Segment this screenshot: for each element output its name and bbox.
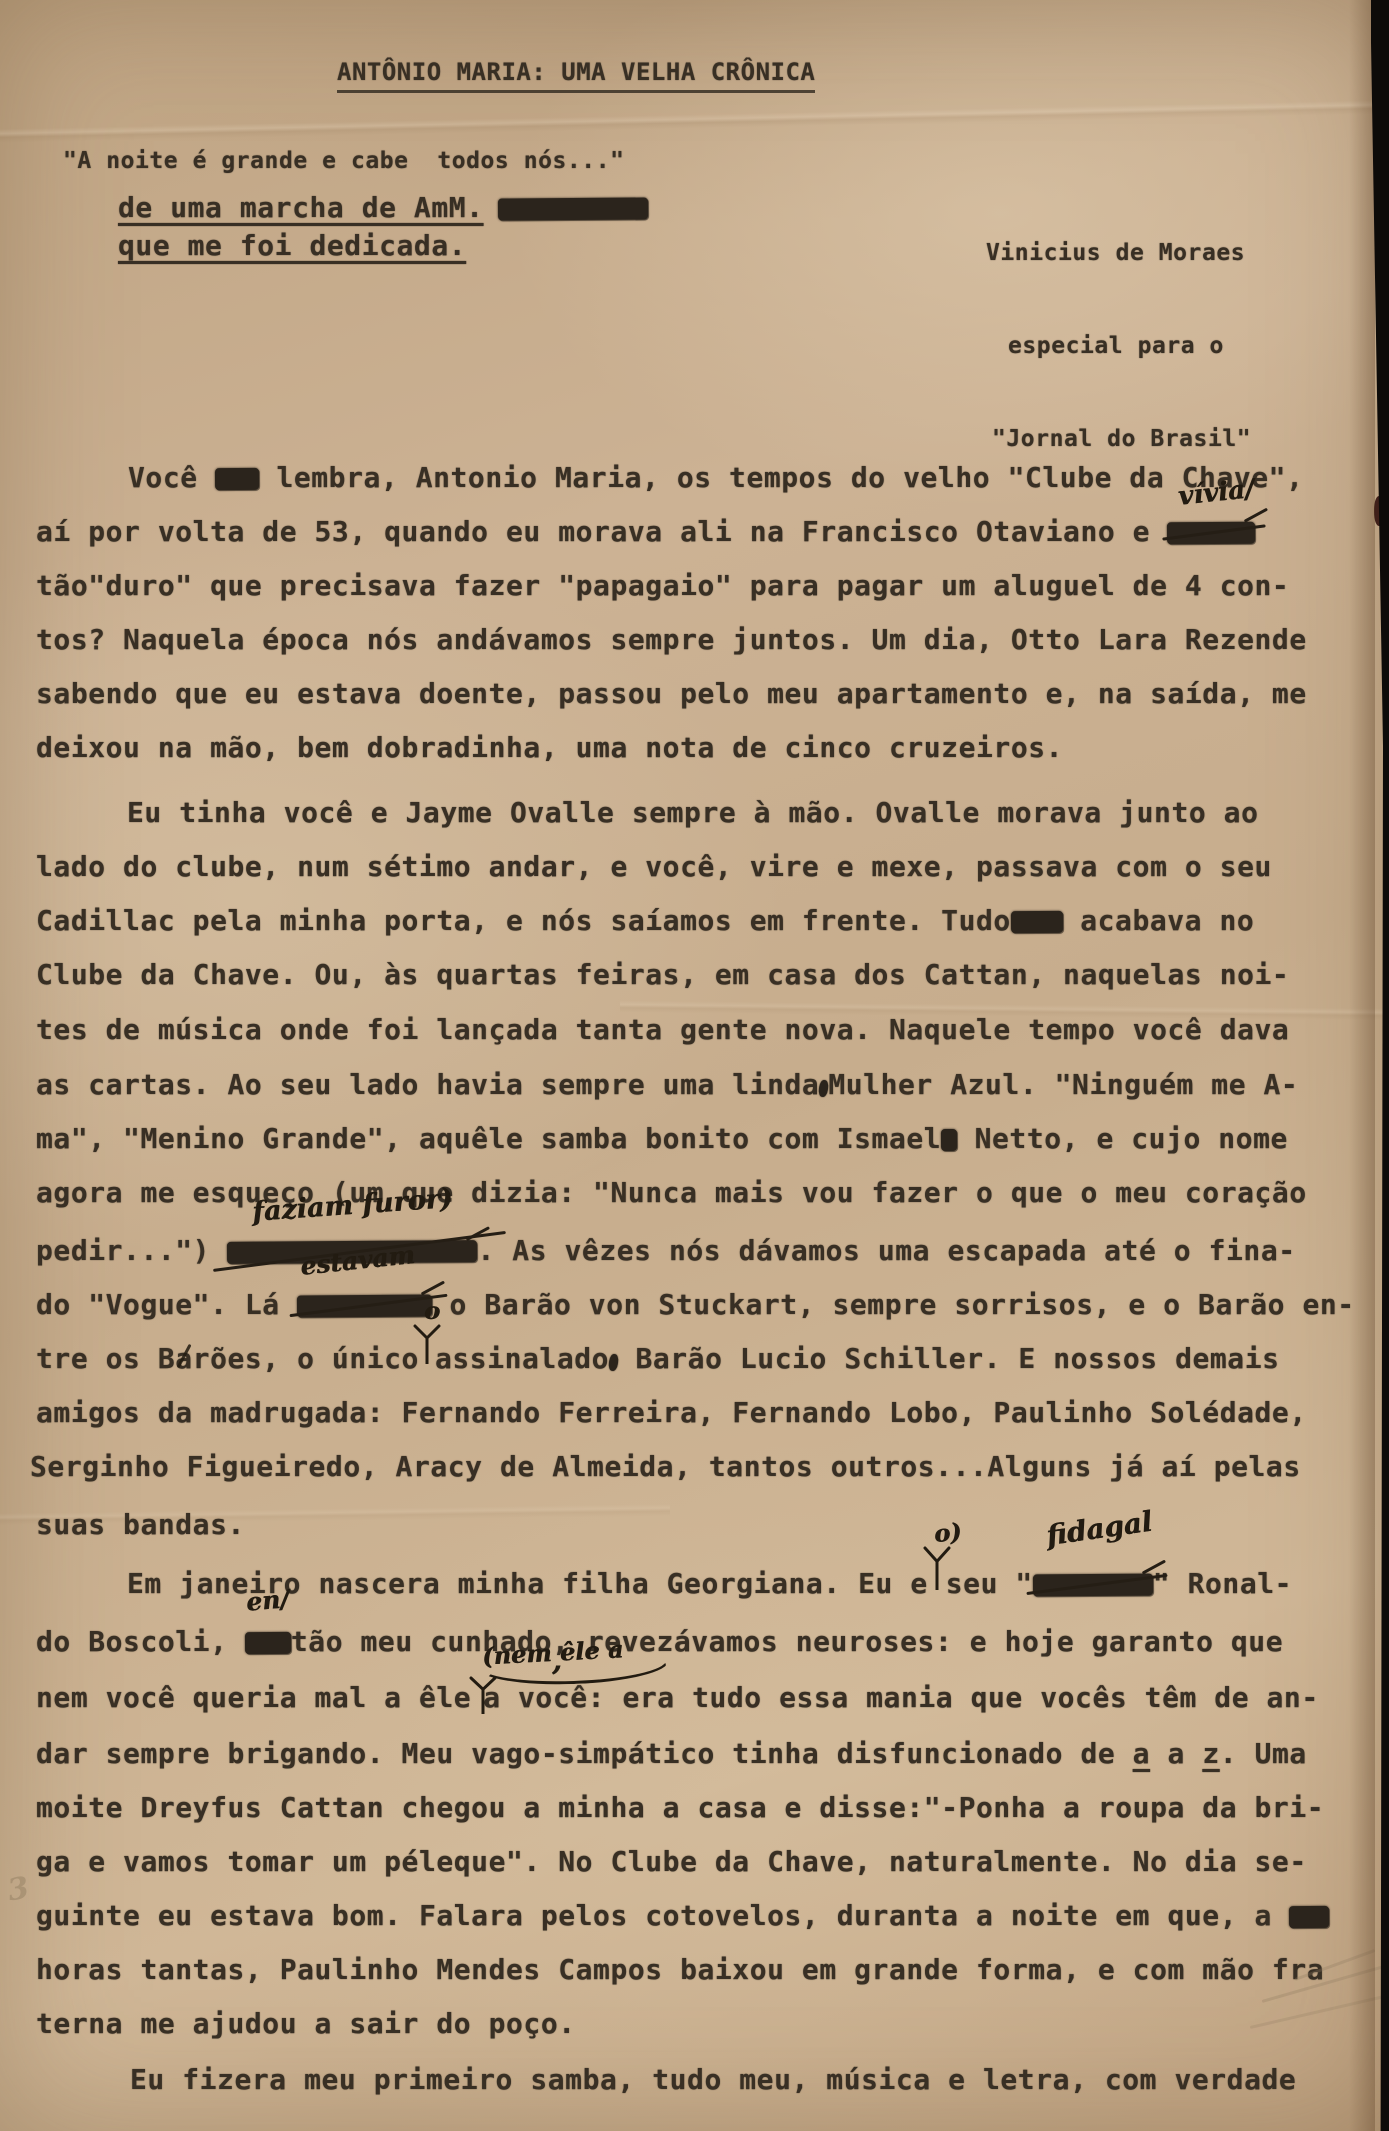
typed-text: guinte eu estava bom. Falara pelos cotov… (36, 1899, 1289, 1932)
typed-text: Netto, e cujo nome (957, 1122, 1288, 1155)
typed-text: a você: era tudo essa mania que vocês tê… (483, 1681, 1319, 1714)
typed-line: tes de música onde foi lançada tanta gen… (36, 1016, 1289, 1044)
strikeout-blot (941, 1129, 957, 1151)
strikeout-blot (497, 197, 647, 220)
strikeout-blot (1011, 911, 1063, 933)
typed-text: aí por volta de 53, quando eu morava ali… (36, 515, 1167, 548)
typed-line: Eu tinha você e Jayme Ovalle sempre à mã… (127, 799, 1258, 827)
handwritten-note: o (424, 1296, 440, 1325)
typed-line: horas tantas, Paulinho Mendes Campos bai… (36, 1956, 1324, 1984)
typed-text: lembra, Antonio Maria, os tempos do velh… (259, 461, 1303, 494)
typed-line: tos? Naquela época nós andávamos sempre … (36, 626, 1307, 654)
handwritten-note: o) (933, 1517, 963, 1548)
typed-line: tre os Barões, o únicoassinalado Barão L… (36, 1345, 1280, 1373)
typed-text: amigos da madrugada: Fernando Ferreira, … (36, 1396, 1307, 1429)
typed-line: amigos da madrugada: Fernando Ferreira, … (36, 1399, 1307, 1427)
typed-text: sabendo que eu estava doente, passou pel… (36, 677, 1307, 710)
typed-line: nem você queria mal a êlea você: era tud… (36, 1684, 1319, 1712)
typed-line: ga e vamos tomar um péleque". No Clube d… (36, 1848, 1307, 1876)
typed-line: Eu fizera meu primeiro samba, tudo meu, … (130, 2066, 1296, 2094)
typed-text: " Ronal- (1153, 1567, 1292, 1600)
typed-line: lado do clube, num sétimo andar, e você,… (36, 853, 1272, 881)
typed-line: deixou na mão, bem dobradinha, uma nota … (36, 734, 1063, 762)
typed-text: "A noite é grande e cabe todos nós..." (63, 148, 625, 174)
strikeout-blot (297, 1295, 432, 1318)
typed-text: do Boscoli, (36, 1625, 245, 1658)
typed-text: horas tantas, Paulinho Mendes Campos bai… (36, 1953, 1324, 1986)
typed-line: as cartas. Ao seu lado havia sempre uma … (36, 1071, 1298, 1099)
epigraph-line: de uma marcha de AmM. (118, 194, 648, 222)
paper-edge-shadow (1349, 0, 1375, 2131)
typed-line: dar sempre brigando. Meu vago-simpático … (36, 1740, 1307, 1768)
underlined-text: a (1133, 1737, 1150, 1770)
typed-line: ma", "Menino Grande", aquêle samba bonit… (36, 1125, 1288, 1153)
typed-line: Serginho Figueiredo, Aracy de Almeida, t… (30, 1453, 1301, 1481)
underlined-text: que me foi dedicada. (118, 229, 466, 262)
typed-line: sabendo que eu estava doente, passou pel… (36, 680, 1307, 708)
typed-text: acabava no (1063, 904, 1254, 937)
typed-text: . Uma (1220, 1737, 1307, 1770)
typed-text: Cadillac pela minha porta, e nós saíamos… (36, 904, 1011, 937)
typed-text: ma", "Menino Grande", aquêle samba bonit… (36, 1122, 941, 1155)
typed-text: ga e vamos tomar um péleque". No Clube d… (36, 1845, 1307, 1878)
typed-text: agora me esqueço (um que dizia: "Nunca m… (36, 1176, 1307, 1209)
strikeout-blot (1289, 1906, 1329, 1928)
typed-text: Você (128, 461, 215, 494)
handwritten-note: fidagal (1044, 1505, 1154, 1552)
typed-line: do Boscoli, tão meu cunhado, revezávamos… (36, 1628, 1283, 1656)
epigraph-line: "A noite é grande e cabe todos nós..." (63, 150, 625, 173)
insertion-caret (922, 1546, 952, 1590)
underlined-text: de uma marcha de AmM. (118, 191, 484, 224)
typed-line: aí por volta de 53, quando eu morava ali… (36, 518, 1255, 546)
typed-line: moite Dreyfus Cattan chegou a minha a ca… (36, 1794, 1324, 1822)
typed-text: suas bandas. (36, 1508, 245, 1541)
typed-text: . As vêzes nós dávamos uma escapada até … (477, 1234, 1295, 1267)
epigraph-line: que me foi dedicada. (118, 232, 466, 260)
typed-text: moite Dreyfus Cattan chegou a minha a ca… (36, 1791, 1324, 1824)
typed-text: Serginho Figueiredo, Aracy de Almeida, t… (30, 1450, 1301, 1483)
typed-text: lado do clube, num sétimo andar, e você,… (36, 850, 1272, 883)
typed-text: assinalado (435, 1342, 609, 1375)
typed-text: seu " (946, 1567, 1033, 1600)
typed-line: Cadillac pela minha porta, e nós saíamos… (36, 907, 1254, 935)
typed-line: Você lembra, Antonio Maria, os tempos do… (128, 464, 1304, 492)
typed-text: tão meu cunhado, revezávamos neuroses: e… (291, 1625, 1283, 1658)
typed-text: tos? Naquela época nós andávamos sempre … (36, 623, 1307, 656)
typed-line: suas bandas. (36, 1511, 245, 1539)
document-page: ANTÔNIO MARIA: UMA VELHA CRÔNICA Viniciu… (0, 0, 1389, 2131)
strikeout-blot (1167, 522, 1255, 545)
pencil-note: 3 (5, 1870, 32, 1908)
typed-text: tes de música onde foi lançada tanta gen… (36, 1013, 1289, 1046)
insertion-caret (468, 1676, 498, 1714)
byline-author: Vinicius de Moraes (986, 238, 1251, 269)
typed-text: Eu fizera meu primeiro samba, tudo meu, … (130, 2063, 1296, 2096)
typed-line: guinte eu estava bom. Falara pelos cotov… (36, 1902, 1329, 1930)
typed-line: pedir...") . As vêzes nós dávamos uma es… (36, 1237, 1296, 1265)
strikeout-blot (245, 1632, 291, 1654)
underlined-text: z (1202, 1737, 1219, 1770)
typed-text: Eu tinha você e Jayme Ovalle sempre à mã… (127, 796, 1258, 829)
typed-text: Barão Lucio Schiller. E nossos demais (618, 1342, 1279, 1375)
handwritten-note: en/ (245, 1584, 291, 1617)
strikeout-blot (215, 468, 259, 490)
typed-text: Clube da Chave. Ou, às quartas feiras, e… (36, 958, 1289, 991)
page-title: ANTÔNIO MARIA: UMA VELHA CRÔNICA (337, 58, 815, 93)
typed-text: Mulher Azul. "Ninguém me A- (828, 1068, 1298, 1101)
typed-line: Clube da Chave. Ou, às quartas feiras, e… (36, 961, 1289, 989)
typed-text: tão"duro" que precisava fazer "papagaio"… (36, 569, 1289, 602)
typed-text: nem você queria mal a êle (36, 1681, 471, 1714)
typed-line: agora me esqueço (um que dizia: "Nunca m… (36, 1179, 1307, 1207)
typed-text: terna me ajudou a sair do poço. (36, 2007, 576, 2040)
strikeout-blot (1033, 1574, 1153, 1597)
typed-line: tão"duro" que precisava fazer "papagaio"… (36, 572, 1289, 600)
typed-text: pedir...") (36, 1234, 227, 1267)
typed-text: o Barão von Stuckart, sempre sorrisos, e… (432, 1288, 1355, 1321)
typed-text: do "Vogue". Lá (36, 1288, 297, 1321)
byline-line2: especial para o (1008, 331, 1251, 362)
typed-line: Em janeiro nascera minha filha Georgiana… (127, 1570, 1292, 1598)
typed-line: terna me ajudou a sair do poço. (36, 2010, 576, 2038)
byline-line3: "Jornal do Brasil" (992, 424, 1251, 455)
typed-text: deixou na mão, bem dobradinha, uma nota … (36, 731, 1063, 764)
typed-text: a (1150, 1737, 1202, 1770)
typed-text: tre os Barões, o único (36, 1342, 419, 1375)
insertion-caret (412, 1324, 442, 1364)
typed-line: do "Vogue". Lá o Barão von Stuckart, sem… (36, 1291, 1355, 1319)
typed-text: as cartas. Ao seu lado havia sempre uma … (36, 1068, 819, 1101)
typed-text: dar sempre brigando. Meu vago-simpático … (36, 1737, 1133, 1770)
